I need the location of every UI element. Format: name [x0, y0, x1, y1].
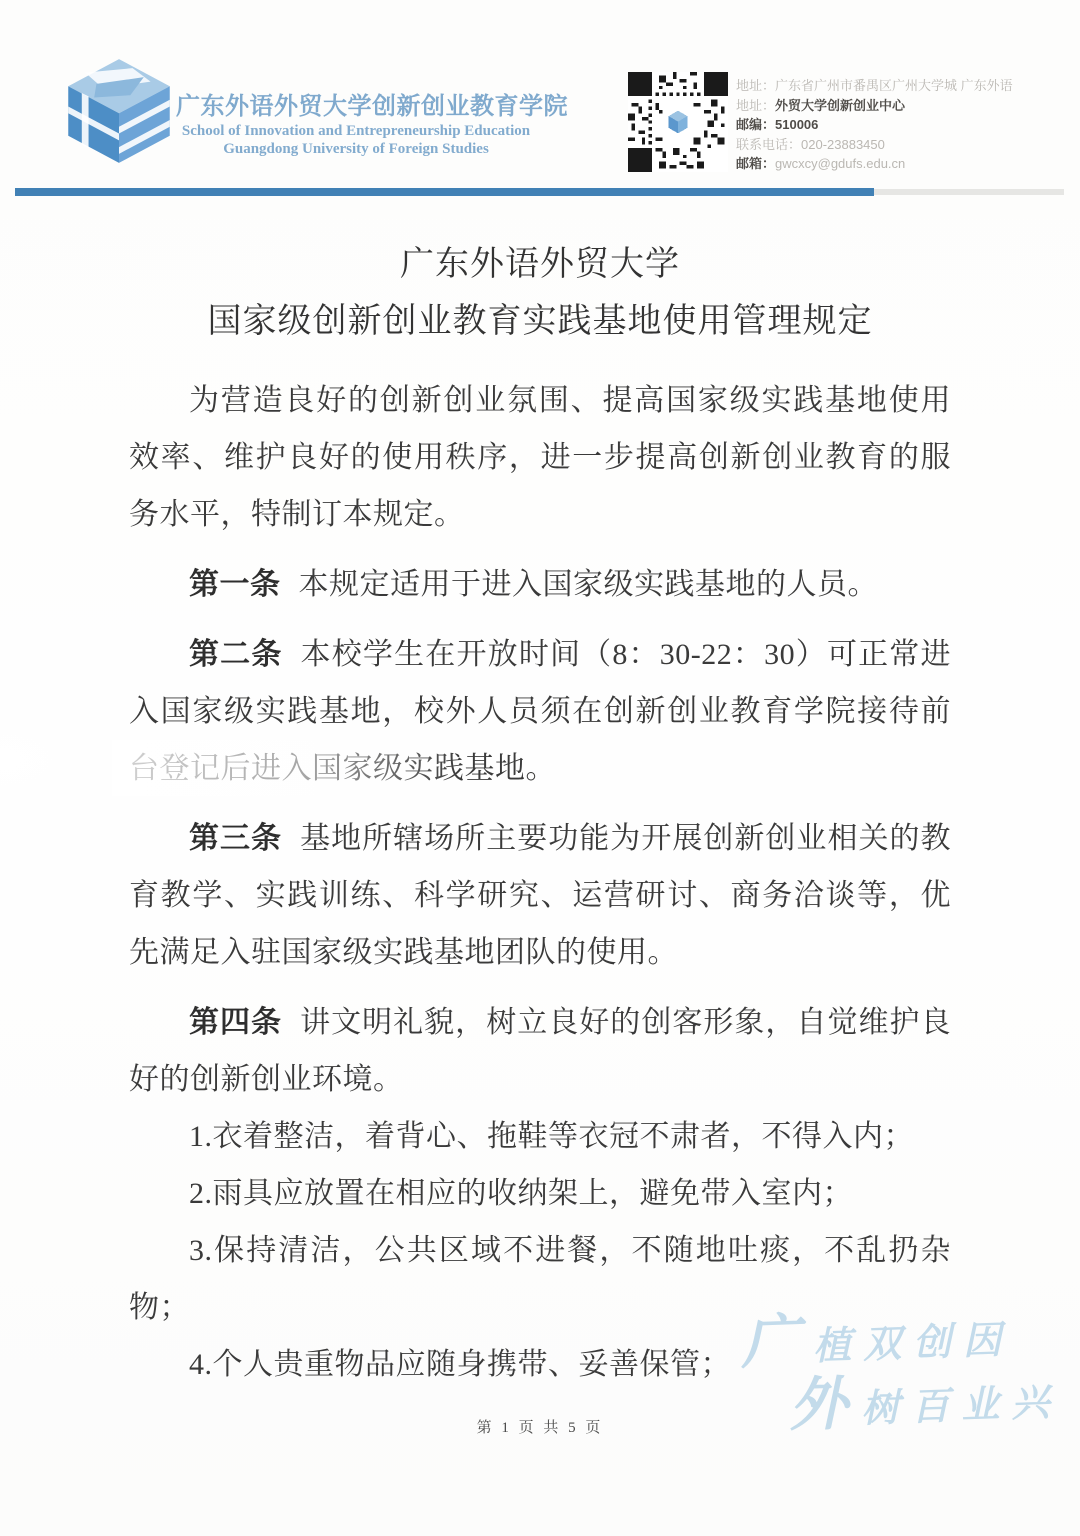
header-accent-bar-faded-end — [874, 189, 1064, 195]
phone-value: 020-23883450 — [801, 137, 885, 152]
email-label: 邮箱： — [736, 156, 775, 171]
title-line-1: 广东外语外贸大学 — [0, 236, 1080, 293]
siee-cube-logo-icon — [62, 58, 176, 164]
document-body: 为营造良好的创新创业氛围、提高国家级实践基地使用效率、维护良好的使用秩序，进一步… — [129, 372, 951, 1393]
paragraph-intro: 为营造良好的创新创业氛围、提高国家级实践基地使用效率、维护良好的使用秩序，进一步… — [129, 372, 951, 543]
postcode-label: 邮编： — [736, 117, 775, 132]
title-line-2: 国家级创新创业教育实践基地使用管理规定 — [0, 293, 1080, 350]
address-label-2: 地址： — [736, 98, 775, 113]
article-lead: 第二条 — [189, 638, 283, 671]
contact-address-line2: 地址：外贸大学创新创业中心 — [736, 96, 1066, 116]
article-lead: 第一条 — [189, 568, 281, 601]
scan-fade-artifact-left — [0, 700, 120, 820]
paragraph-article-1: 第一条本规定适用于进入国家级实践基地的人员。 — [129, 556, 951, 613]
contact-info-block: 地址：广东省广州市番禺区广州大学城 广东外语 地址：外贸大学创新创业中心 邮编：… — [736, 76, 1066, 174]
paragraph-text: 1.衣着整洁，着背心、拖鞋等衣冠不肃者，不得入内； — [189, 1120, 914, 1153]
logo-name-en-1: School of Innovation and Entrepreneurshi… — [176, 123, 536, 139]
logo-text-block: 广东外语外贸大学创新创业教育学院 School of Innovation an… — [176, 86, 536, 157]
list-item-3: 3.保持清洁，公共区域不进餐，不随地吐痰，不乱扔杂物； — [129, 1222, 951, 1336]
paragraph-text: 4.个人贵重物品应随身携带、妥善保管； — [189, 1348, 731, 1381]
header-accent-bar — [15, 188, 874, 196]
page-number-indicator: 第 1 页 共 5 页 — [0, 1416, 1080, 1437]
paragraph-text: 本规定适用于进入国家级实践基地的人员。 — [299, 568, 879, 601]
address-value-2: 外贸大学创新创业中心 — [775, 98, 905, 113]
logo-name-en-2: Guangdong University of Foreign Studies — [176, 141, 536, 157]
article-lead: 第三条 — [189, 822, 282, 855]
logo-name-cn: 广东外语外贸大学创新创业教育学院 — [176, 86, 536, 121]
scanned-document-page: 广东外语外贸大学创新创业教育学院 School of Innovation an… — [0, 0, 1080, 1536]
contact-phone: 联系电话：020-23883450 — [736, 135, 1066, 155]
address-value-1: 广东省广州市番禺区广州大学城 广东外语 — [775, 78, 1013, 93]
paragraph-article-3: 第三条基地所辖场所主要功能为开展创新创业相关的教育教学、实践训练、科学研究、运营… — [129, 810, 951, 981]
list-item-2: 2.雨具应放置在相应的收纳架上，避免带入室内； — [129, 1165, 951, 1222]
list-item-1: 1.衣着整洁，着背心、拖鞋等衣冠不肃者，不得入内； — [129, 1108, 951, 1165]
contact-address-line1: 地址：广东省广州市番禺区广州大学城 广东外语 — [736, 76, 1066, 96]
address-label: 地址： — [736, 78, 775, 93]
contact-email: 邮箱：gwcxcy@gdufs.edu.cn — [736, 154, 1066, 174]
article-lead: 第四条 — [189, 1006, 282, 1039]
email-value: gwcxcy@gdufs.edu.cn — [775, 156, 905, 171]
paragraph-text: 为营造良好的创新创业氛围、提高国家级实践基地使用效率、维护良好的使用秩序，进一步… — [129, 384, 951, 531]
document-title: 广东外语外贸大学 国家级创新创业教育实践基地使用管理规定 — [0, 236, 1080, 350]
paragraph-text: 3.保持清洁，公共区域不进餐，不随地吐痰，不乱扔杂物； — [129, 1234, 951, 1324]
paragraph-article-2: 第二条本校学生在开放时间（8：30-22：30）可正常进入国家级实践基地，校外人… — [129, 626, 951, 797]
contact-postcode: 邮编：510006 — [736, 115, 1066, 135]
list-item-4: 4.个人贵重物品应随身携带、妥善保管； — [129, 1336, 951, 1393]
paragraph-article-4: 第四条讲文明礼貌，树立良好的创客形象，自觉维护良好的创新创业环境。 — [129, 994, 951, 1108]
postcode-value: 510006 — [775, 117, 818, 132]
phone-label: 联系电话： — [736, 137, 801, 152]
paragraph-text: 2.雨具应放置在相应的收纳架上，避免带入室内； — [189, 1177, 853, 1210]
qr-code-icon — [628, 72, 728, 172]
